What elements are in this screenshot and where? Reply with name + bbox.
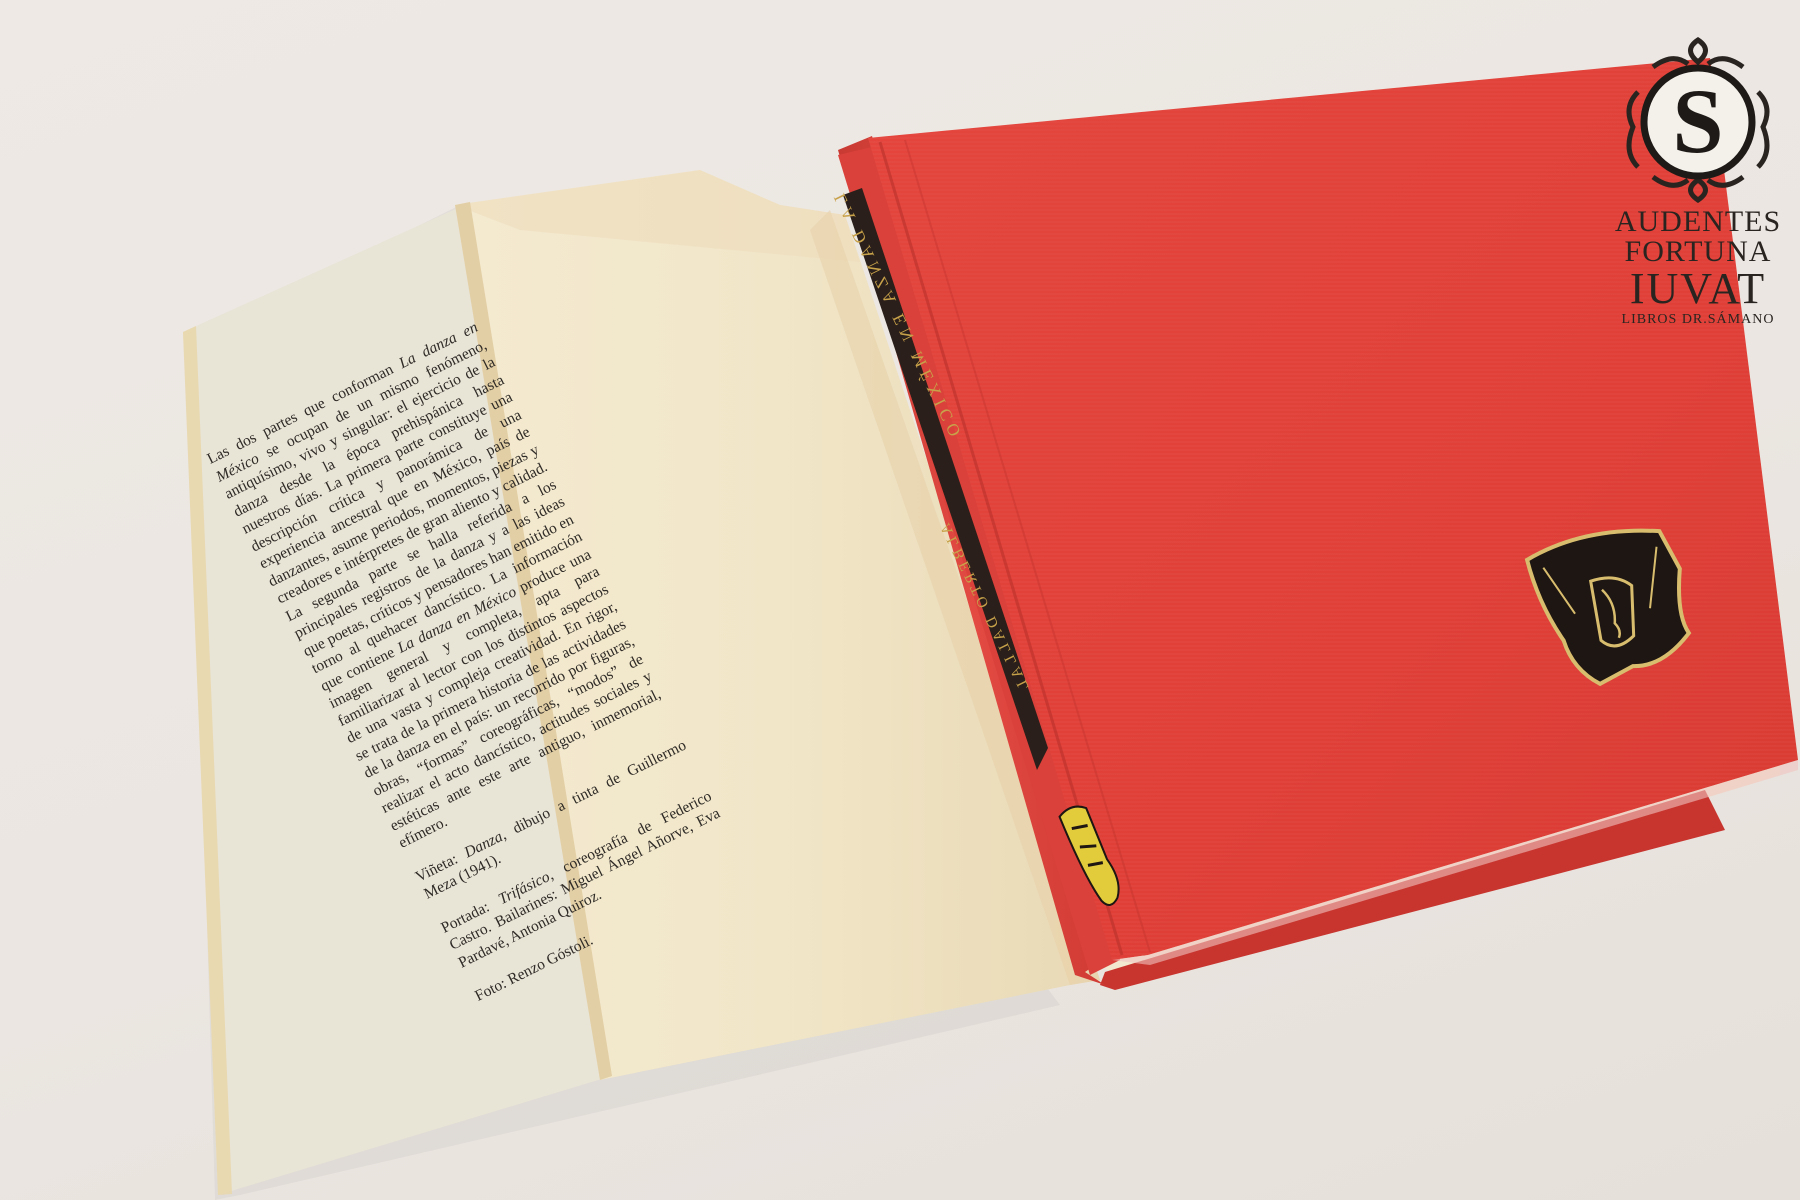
watermark-logo: S AUDENTES FORTUNA IUVAT LIBROS DR.SÁMAN… [1598, 32, 1798, 327]
svg-text:S: S [1672, 70, 1723, 172]
bookseller-name: LIBROS DR.SÁMANO [1598, 313, 1798, 327]
motto-line-1: AUDENTES [1598, 207, 1798, 237]
book-photo [0, 0, 1800, 1200]
motto-line-3: IUVAT [1598, 267, 1798, 311]
monogram-seal-icon: S [1618, 32, 1778, 207]
motto-line-2: FORTUNA [1598, 237, 1798, 267]
